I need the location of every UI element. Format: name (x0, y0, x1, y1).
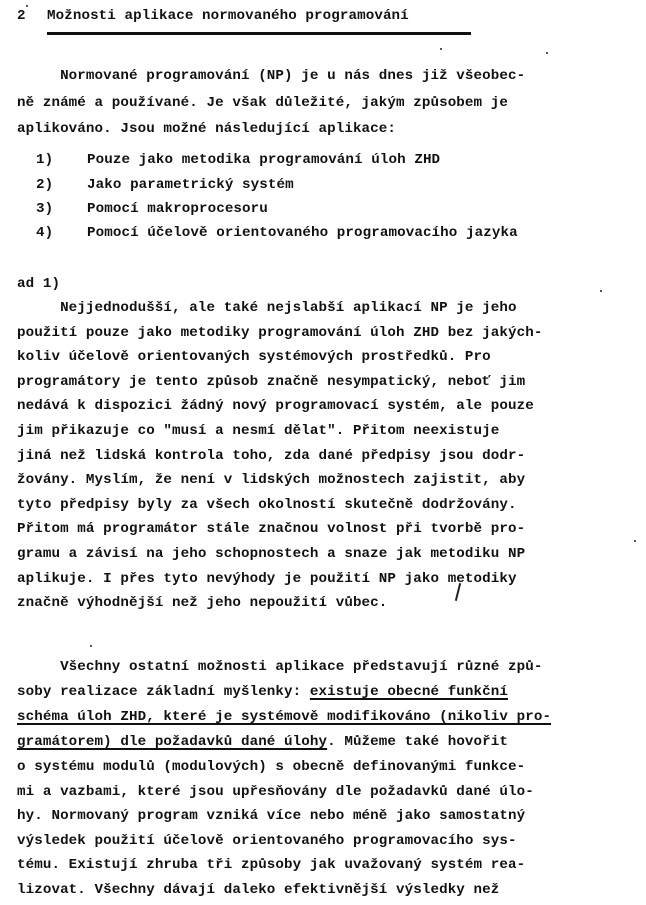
text-line: aplikuje. I přes tyto nevýhody je použit… (17, 569, 517, 589)
text-line: programátory je tento způsob značně nesy… (17, 372, 525, 392)
scan-speck (546, 52, 548, 54)
section-2-line-3: schéma úloh ZHD, které je systémově modi… (17, 707, 551, 727)
text-line: mi a vazbami, které jsou upřesňovány dle… (17, 782, 534, 802)
intro-line-1: Normované programování (NP) je u nás dne… (17, 66, 525, 86)
intro-line-3: aplikováno. Jsou možné následující aplik… (17, 119, 396, 139)
text-line: Přitom má programátor stále značnou voln… (17, 519, 525, 539)
intro-line-2: ně známé a používané. Je však důležité, … (17, 93, 508, 113)
list-item-text: Jako parametrický systém (87, 175, 294, 195)
list-item-number: 3) (36, 199, 53, 219)
list-item-number: 1) (36, 150, 53, 170)
scanned-document-page: 2 Možnosti aplikace normovaného programo… (0, 0, 646, 905)
text-line: koliv účelově orientovaných systémových … (17, 347, 491, 367)
section-2-line-2: soby realizace základní myšlenky: existu… (17, 682, 508, 702)
plain-text: . Můžeme také hovořit (327, 734, 508, 750)
underlined-text: schéma úloh ZHD, které je systémově modi… (17, 709, 551, 725)
plain-text: soby realizace základní myšlenky: (17, 684, 310, 700)
section-title: Možnosti aplikace normovaného programová… (47, 6, 409, 26)
text-line: jiná než lidská kontrola toho, zda dané … (17, 446, 525, 466)
text-line: značně výhodnější než jeho nepoužití vůb… (17, 593, 387, 613)
heading-underline (47, 32, 471, 35)
list-item-text: Pomocí makroprocesoru (87, 199, 268, 219)
text-line: tému. Existují zhruba tři způsoby jak uv… (17, 855, 525, 875)
scan-speck (440, 48, 442, 50)
section-2-line-1: Všechny ostatní možnosti aplikace předst… (17, 657, 542, 677)
text-line: lizovat. Všechny dávají daleko efektivně… (17, 880, 499, 900)
scan-speck (26, 5, 28, 7)
section-2-line-4: gramátorem) dle požadavků dané úlohy. Mů… (17, 732, 508, 752)
underlined-text: gramátorem) dle požadavků dané úlohy (17, 734, 327, 750)
text-line: žovány. Myslím, že není v lidských možno… (17, 470, 525, 490)
list-item-number: 4) (36, 223, 53, 243)
underlined-text: existuje obecné funkční (310, 684, 508, 700)
text-line: hy. Normovaný program vzniká více nebo m… (17, 806, 525, 826)
scan-speck (600, 290, 602, 292)
scan-speck (90, 645, 92, 647)
text-line: jim přikazuje co "musí a nesmí dělat". P… (17, 421, 499, 441)
text-line: nedává k dispozici žádný nový programova… (17, 396, 534, 416)
text-line: gramu a závisí na jeho schopnostech a sn… (17, 544, 525, 564)
text-line: tyto předpisy byly za všech okolností sk… (17, 495, 517, 515)
list-item-text: Pouze jako metodika programování úloh ZH… (87, 150, 440, 170)
list-item-text: Pomocí účelově orientovaného programovac… (87, 223, 518, 243)
scan-speck (634, 540, 636, 542)
text-line: výsledek použití účelově orientovaného p… (17, 831, 517, 851)
text-line: o systému modulů (modulových) s obecně d… (17, 757, 525, 777)
text-line: použití pouze jako metodiky programování… (17, 323, 542, 343)
section-label: ad 1) (17, 274, 60, 294)
list-item-number: 2) (36, 175, 53, 195)
section-number: 2 (17, 6, 26, 26)
text-line: Nejjednodušší, ale také nejslabší aplika… (17, 298, 517, 318)
